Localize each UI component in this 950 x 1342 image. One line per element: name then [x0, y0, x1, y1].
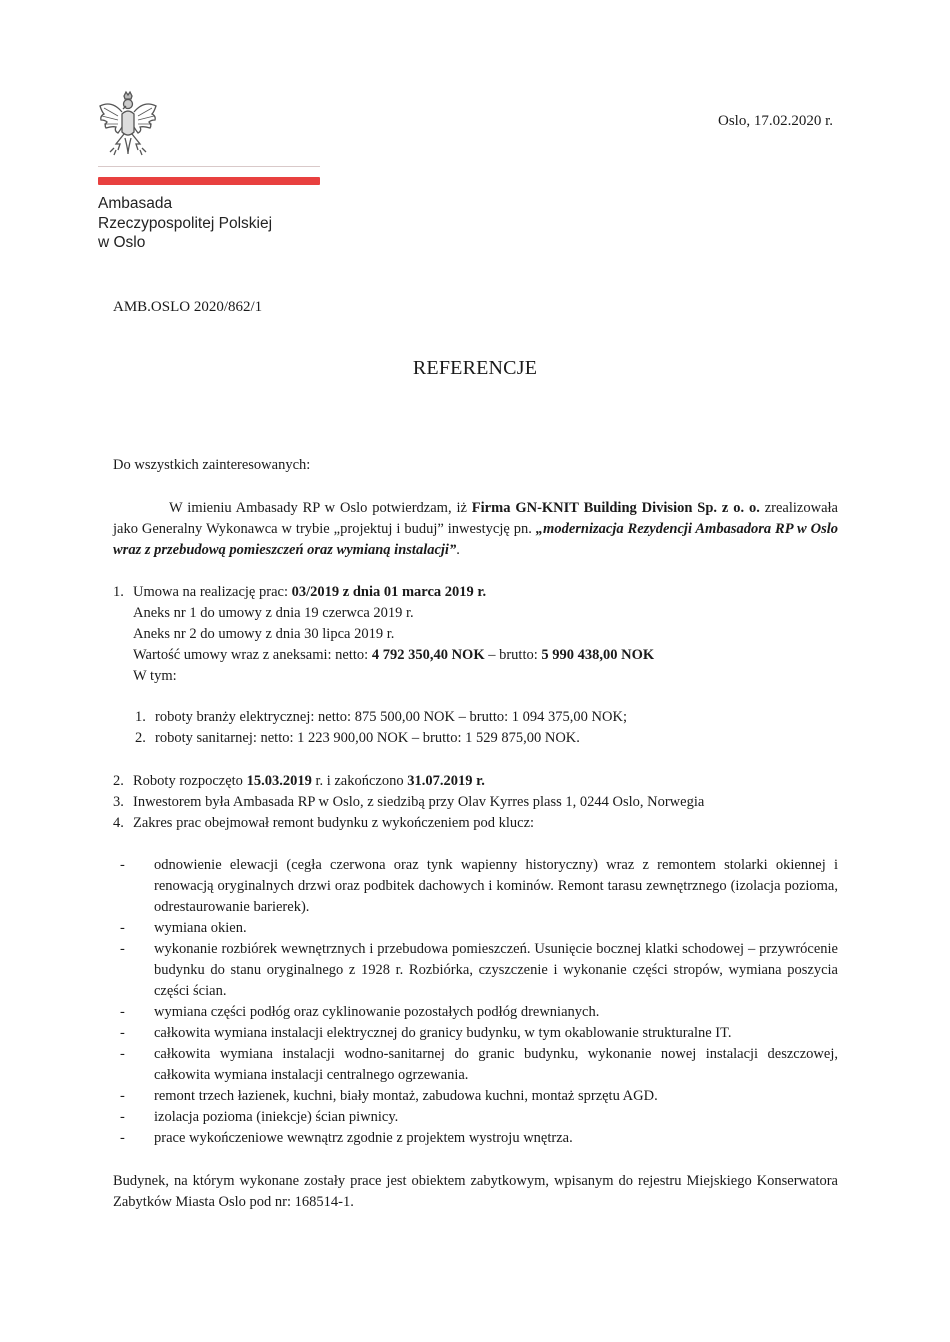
scope-item-text: całkowita wymiana instalacji wodno-sanit…	[154, 1046, 838, 1083]
value-breakdown-list: 1.roboty branży elektrycznej: netto: 875…	[135, 707, 627, 749]
intro-paragraph: W imieniu Ambasady RP w Oslo potwierdzam…	[113, 498, 838, 561]
investor-text: Inwestorem była Ambasada RP w Oslo, z si…	[133, 794, 704, 810]
salutation: Do wszystkich zainteresowanych:	[113, 457, 310, 474]
dates-text: r. i zakończono	[312, 773, 407, 789]
section-number: 4.	[113, 813, 133, 834]
scope-item: -całkowita wymiana instalacji wodno-sani…	[120, 1044, 838, 1086]
letterhead-white-rule	[98, 166, 320, 167]
breakdown-item: 2.roboty sanitarnej: netto: 1 223 900,00…	[135, 728, 627, 749]
scope-item: -prace wykończeniowe wewnątrz zgodnie z …	[120, 1128, 838, 1149]
intro-text: .	[456, 542, 460, 558]
scope-item: -wykonanie rozbiórek wewnętrznych i prze…	[120, 939, 838, 1002]
scope-item-text: remont trzech łazienek, kuchni, biały mo…	[154, 1088, 658, 1104]
end-date: 31.07.2019 r.	[407, 773, 485, 789]
scope-item-text: prace wykończeniowe wewnątrz zgodnie z p…	[154, 1130, 573, 1146]
breakdown-number: 1.	[135, 707, 155, 728]
scope-list: -odnowienie elewacji (cegła czerwona ora…	[120, 855, 838, 1149]
scope-item: -całkowita wymiana instalacji elektryczn…	[120, 1023, 838, 1044]
section-number: 3.	[113, 792, 133, 813]
dash-bullet-icon: -	[120, 1086, 125, 1107]
scope-item-text: izolacja pozioma (iniekcje) ścian piwnic…	[154, 1109, 398, 1125]
dash-bullet-icon: -	[120, 1023, 125, 1044]
scope-item: -wymiana części podłóg oraz cyklinowanie…	[120, 1002, 838, 1023]
scope-item: -remont trzech łazienek, kuchni, biały m…	[120, 1086, 838, 1107]
breakdown-text: roboty sanitarnej: netto: 1 223 900,00 N…	[155, 730, 580, 746]
scope-item-text: całkowita wymiana instalacji elektryczne…	[154, 1025, 732, 1041]
dash-bullet-icon: -	[120, 1107, 125, 1128]
document-date: Oslo, 17.02.2020 r.	[718, 113, 833, 130]
section-scope: 4.Zakres prac obejmował remont budynku z…	[113, 813, 534, 834]
dash-bullet-icon: -	[120, 939, 125, 960]
scope-intro: Zakres prac obejmował remont budynku z w…	[133, 815, 534, 831]
section-number: 1.	[113, 582, 133, 603]
breakdown-number: 2.	[135, 728, 155, 749]
polish-eagle-emblem-icon	[96, 90, 160, 158]
section-investor: 3.Inwestorem była Ambasada RP w Oslo, z …	[113, 792, 704, 813]
net-value: 4 792 350,40 NOK	[372, 647, 485, 663]
section-contract: 1.Umowa na realizację prac: 03/2019 z dn…	[113, 582, 853, 687]
intro-text: W imieniu Ambasady RP w Oslo potwierdzam…	[169, 500, 472, 516]
dash-bullet-icon: -	[120, 1044, 125, 1065]
embassy-name-line: Ambasada	[98, 194, 272, 214]
closing-paragraph: Budynek, na którym wykonane zostały prac…	[113, 1171, 838, 1213]
gross-label: – brutto:	[485, 647, 542, 663]
section-dates: 2.Roboty rozpoczęto 15.03.2019 r. i zako…	[113, 771, 485, 792]
embassy-name: Ambasada Rzeczypospolitej Polskiej w Osl…	[98, 194, 272, 253]
reference-number: AMB.OSLO 2020/862/1	[113, 299, 262, 316]
breakdown-item: 1.roboty branży elektrycznej: netto: 875…	[135, 707, 627, 728]
scope-item: -odnowienie elewacji (cegła czerwona ora…	[120, 855, 838, 918]
dash-bullet-icon: -	[120, 855, 125, 876]
scope-item-text: odnowienie elewacji (cegła czerwona oraz…	[154, 857, 838, 915]
section-number: 2.	[113, 771, 133, 792]
contract-number: 03/2019 z dnia 01 marca 2019 r.	[292, 584, 487, 600]
scope-item-text: wymiana części podłóg oraz cyklinowanie …	[154, 1004, 599, 1020]
embassy-name-line: w Oslo	[98, 233, 272, 253]
annex-1: Aneks nr 1 do umowy z dnia 19 czerwca 20…	[113, 603, 853, 624]
dates-text: Roboty rozpoczęto	[133, 773, 247, 789]
scope-item-text: wykonanie rozbiórek wewnętrznych i przeb…	[154, 941, 838, 999]
embassy-name-line: Rzeczypospolitej Polskiej	[98, 214, 272, 234]
annex-2: Aneks nr 2 do umowy z dnia 30 lipca 2019…	[113, 624, 853, 645]
letterhead-red-rule	[98, 177, 320, 185]
dash-bullet-icon: -	[120, 1002, 125, 1023]
contract-label: Umowa na realizację prac:	[133, 584, 292, 600]
document-title: REFERENCJE	[0, 357, 950, 380]
scope-item: -wymiana okien.	[120, 918, 838, 939]
dash-bullet-icon: -	[120, 918, 125, 939]
contract-value-line: Wartość umowy wraz z aneksami: netto: 4 …	[113, 645, 853, 666]
value-label: Wartość umowy wraz z aneksami: netto:	[133, 647, 372, 663]
breakdown-text: roboty branży elektrycznej: netto: 875 5…	[155, 709, 627, 725]
start-date: 15.03.2019	[247, 773, 312, 789]
dash-bullet-icon: -	[120, 1128, 125, 1149]
including-label: W tym:	[113, 666, 853, 687]
scope-item: -izolacja pozioma (iniekcje) ścian piwni…	[120, 1107, 838, 1128]
gross-value: 5 990 438,00 NOK	[541, 647, 654, 663]
scope-item-text: wymiana okien.	[154, 920, 247, 936]
company-name: Firma GN-KNIT Building Division Sp. z o.…	[472, 500, 760, 516]
